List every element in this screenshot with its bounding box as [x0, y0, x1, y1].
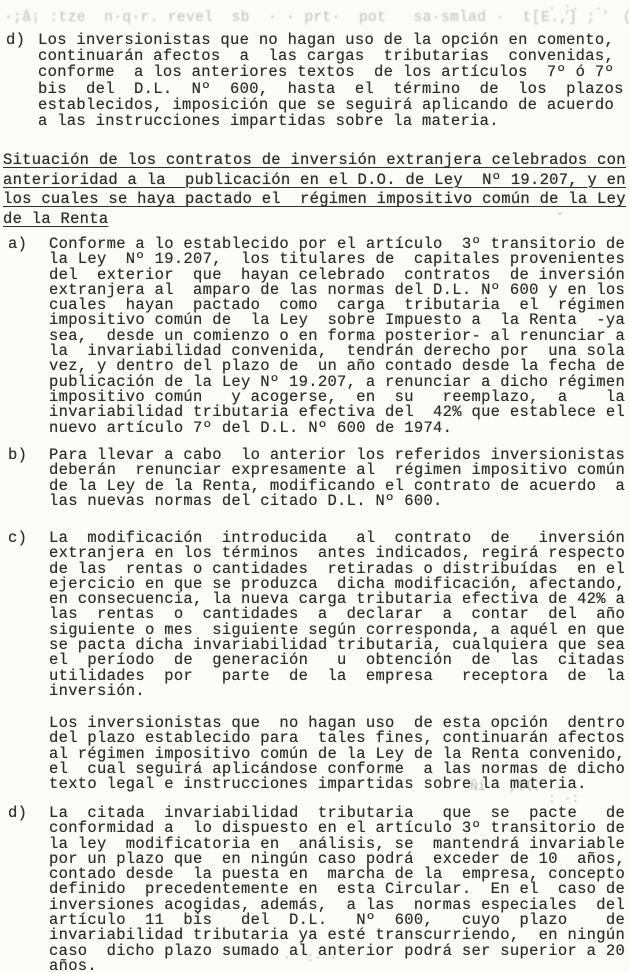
section-heading: Situación de los contratos de inversión …: [3, 151, 626, 229]
paragraph-text: La modificación introducida al contrato …: [49, 531, 625, 699]
paragraph-item-a: a) Conforme a lo establecido por el artí…: [0, 237, 629, 436]
paragraph-text: La citada invariabilidad tributaria que …: [49, 806, 625, 972]
item-label: d): [8, 806, 49, 821]
paragraph-item-d-top: d) Los inversionistas que no hagan uso d…: [0, 32, 629, 129]
scan-speckle-artifact: · ;· ·,: [548, 1, 610, 16]
item-label: a): [8, 237, 49, 252]
item-label: c): [8, 531, 49, 546]
bleed-through-ghost-text: ·;å¡ :tze n·q·r. revel sb · · prt· pot s…: [4, 10, 629, 26]
paragraph-text: Para llevar a cabo lo anterior los refer…: [49, 448, 625, 509]
document-page: ·;å¡ :tze n·q·r. revel sb · · prt· pot s…: [0, 0, 629, 972]
paragraph-text: Conforme a lo establecido por el artícul…: [49, 237, 625, 436]
paragraph-item-b: b) Para llevar a cabo lo anterior los re…: [0, 448, 629, 509]
paragraph-item-d-bottom: d) La citada invariabilidad tributaria q…: [0, 806, 629, 972]
scan-smudge-artifact: · ':· ·: [283, 950, 338, 965]
scan-dash-artifact: -: [556, 206, 564, 221]
scan-smudge-artifact: : ·:: [548, 791, 579, 806]
item-label: d): [6, 32, 38, 48]
paragraph-text: Los inversionistas que no hagan uso de l…: [38, 32, 624, 129]
paragraph-item-c: c) La modificación introducida al contra…: [0, 531, 629, 699]
item-label: b): [8, 448, 49, 463]
scan-smudge-artifact: Ñi · ,Tl.: [470, 779, 540, 794]
